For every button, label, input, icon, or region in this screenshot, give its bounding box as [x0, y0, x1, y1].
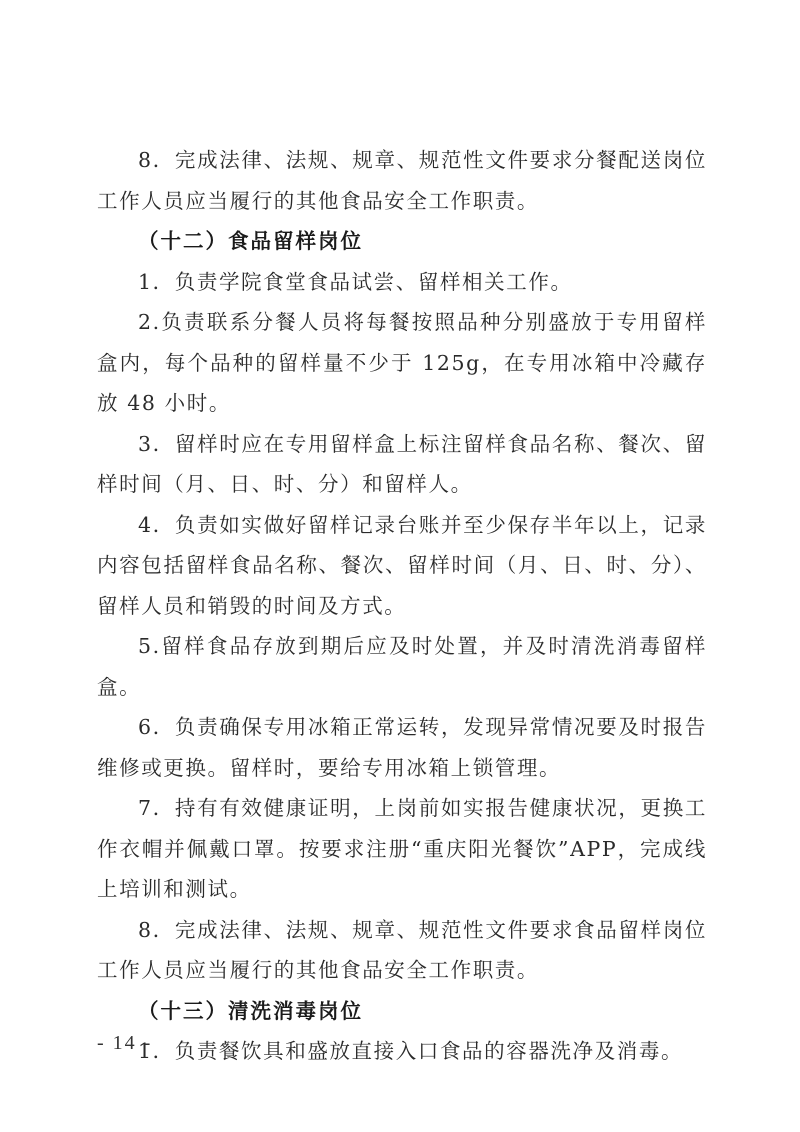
section-heading-cleaning: （十三）清洗消毒岗位: [97, 991, 707, 1032]
paragraph-item-8-sample: 8．完成法律、法规、规章、规范性文件要求食品留样岗位工作人员应当履行的其他食品安…: [97, 910, 707, 991]
paragraph-item-3: 3．留样时应在专用留样盒上标注留样食品名称、餐次、留样时间（月、日、时、分）和留…: [97, 424, 707, 505]
paragraph-item-8-delivery: 8．完成法律、法规、规章、规范性文件要求分餐配送岗位工作人员应当履行的其他食品安…: [97, 140, 707, 221]
paragraph-item-2: 2.负责联系分餐人员将每餐按照品种分别盛放于专用留样盒内，每个品种的留样量不少于…: [97, 302, 707, 424]
paragraph-item-7: 7．持有有效健康证明，上岗前如实报告健康状况，更换工作衣帽并佩戴口罩。按要求注册…: [97, 788, 707, 910]
section-heading-food-sample: （十二）食品留样岗位: [97, 221, 707, 262]
paragraph-cleaning-item-1: 1．负责餐饮具和盛放直接入口食品的容器洗净及消毒。: [97, 1031, 707, 1072]
page-number: - 14 -: [97, 1032, 152, 1055]
paragraph-item-4: 4．负责如实做好留样记录台账并至少保存半年以上，记录内容包括留样食品名称、餐次、…: [97, 505, 707, 627]
paragraph-item-1: 1．负责学院食堂食品试尝、留样相关工作。: [97, 262, 707, 303]
document-body: 8．完成法律、法规、规章、规范性文件要求分餐配送岗位工作人员应当履行的其他食品安…: [97, 140, 707, 1072]
paragraph-item-5: 5.留样食品存放到期后应及时处置，并及时清洗消毒留样盒。: [97, 626, 707, 707]
paragraph-item-6: 6．负责确保专用冰箱正常运转，发现异常情况要及时报告维修或更换。留样时，要给专用…: [97, 707, 707, 788]
